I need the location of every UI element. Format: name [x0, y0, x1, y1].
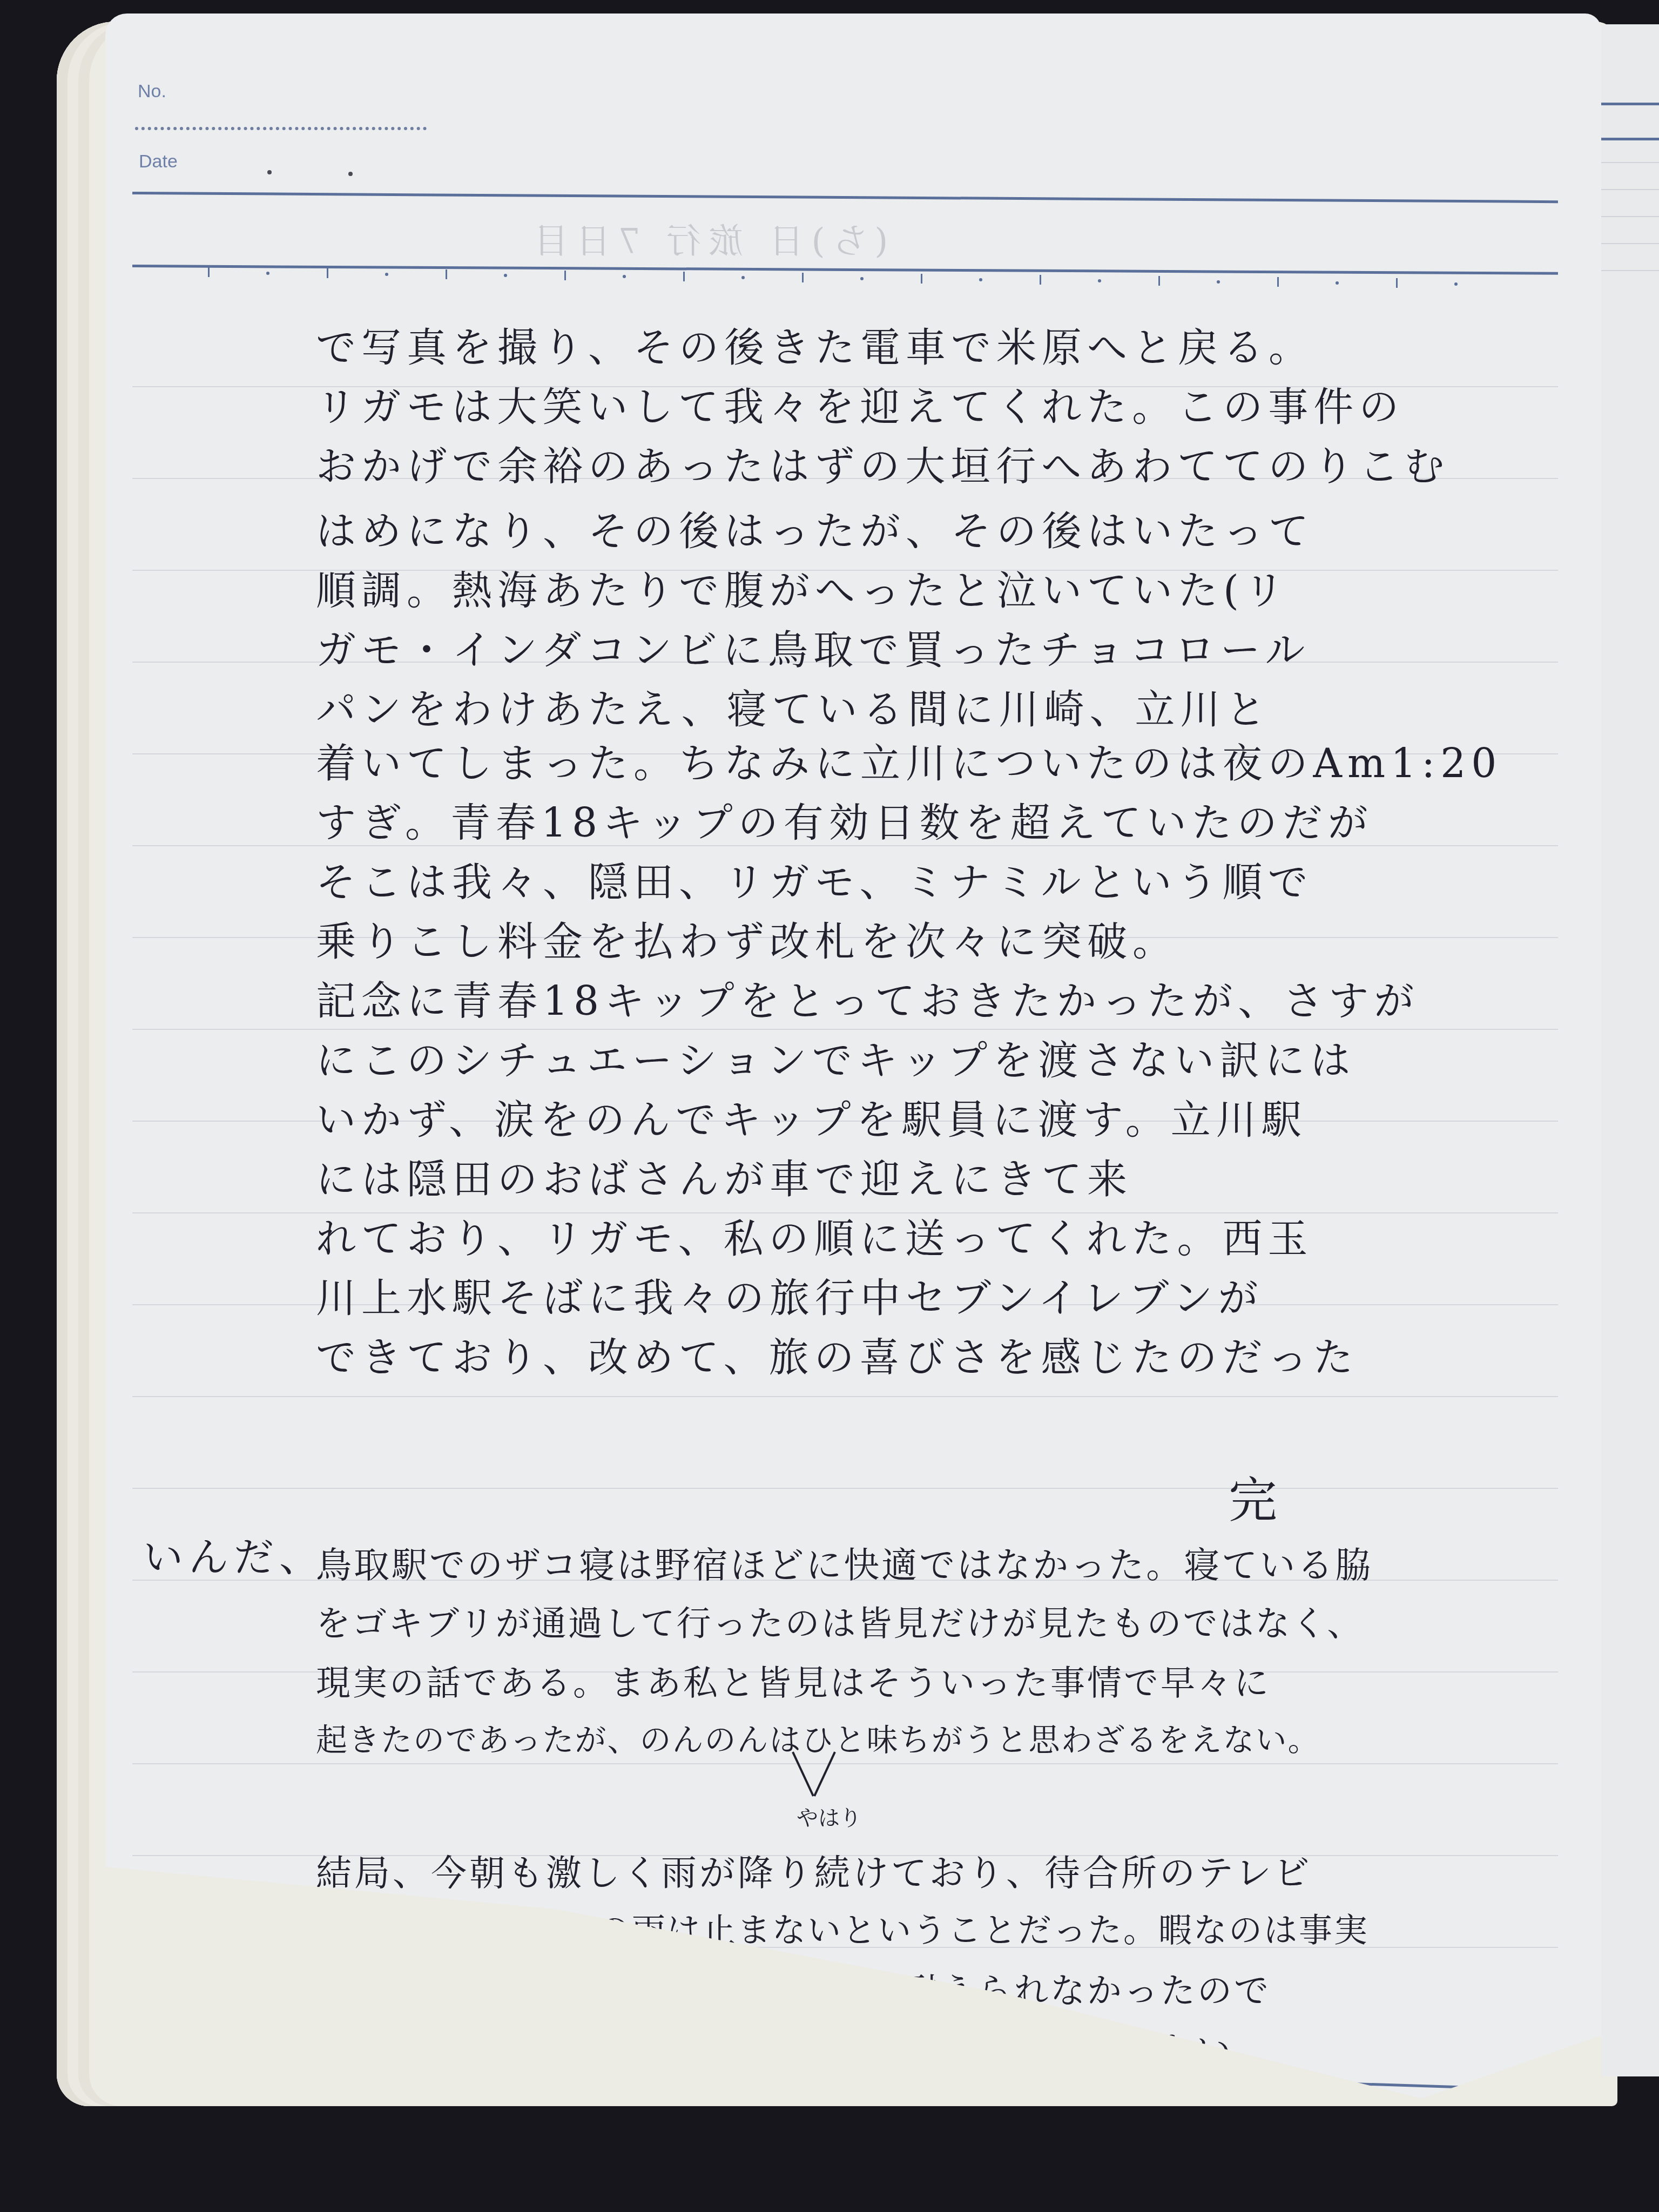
handwritten-line: 鳥取駅でのザコ寝は野宿ほどに快適ではなかった。寝ている脇 — [316, 1536, 1373, 1588]
handwritten-line: 結局、今朝も激しく雨が降り続けており、待合所のテレビ — [316, 1844, 1312, 1896]
notebook-page: No. Date (ち)日 旅行 7日目 で写真を撮り、その後きた電車で米原へと… — [105, 14, 1601, 2120]
handwritten-line: には隠田のおばさんが車で迎えにきて来 — [316, 1148, 1132, 1205]
date-separator-dot — [348, 172, 353, 176]
handwritten-line: リガモは大笑いして我々を迎えてくれた。この事件の — [316, 375, 1404, 433]
handwritten-line: 記念に青春18キップをとっておきたかったが、さすが — [316, 969, 1419, 1027]
handwritten-line: 川上水駅そばに我々の旅行中セブンイレブンが — [316, 1266, 1263, 1324]
handwritten-line: で写真を撮り、その後きた電車で米原へと戻る。 — [316, 316, 1314, 373]
handwritten-line: すぎ。青春18キップの有効日数を超えていたのだが — [316, 791, 1373, 848]
handwritten-line: いかず、涙をのんでキップを駅員に渡す。立川駅 — [316, 1088, 1307, 1145]
title-rule — [132, 265, 1558, 275]
date-label: Date — [139, 151, 178, 172]
handwritten-line: おかげで余裕のあったはずの大垣行へあわててのりこむ — [316, 435, 1449, 492]
show-through-text: (ち)日 旅行 7日目 — [527, 213, 888, 263]
handwritten-line: にこのシチュエーションでキップを渡さない訳には — [316, 1029, 1355, 1086]
handwritten-line: はめになり、その後はったが、その後はいたって — [316, 500, 1314, 557]
no-label: No. — [138, 81, 166, 102]
handwritten-line: をゴキブリが通過して行ったのは皆見だけが見たものではなく、 — [316, 1596, 1363, 1645]
header-divider — [132, 192, 1558, 203]
handwritten-line: パンをわけあたえ、寝ている間に川崎、立川と — [316, 678, 1271, 735]
handwritten-line: そこは我々、隠田、リガモ、ミナミルという順で — [316, 851, 1313, 908]
handwritten-line: できており、改めて、旅の喜びさを感じたのだった — [316, 1326, 1359, 1383]
no-field-dotted-line — [135, 127, 427, 130]
date-separator-dot — [267, 170, 272, 174]
adjacent-page — [1601, 24, 1659, 2076]
handwritten-line: 起きたのであったが、のんのんはひと味ちがうと思わざるをえない。 — [316, 1715, 1320, 1760]
insert-note: やはり — [797, 1801, 861, 1832]
handwritten-line: 乗りこし料金を払わず改札を次々に突破。 — [316, 910, 1178, 967]
handwritten-line: 着いてしまった。ちなみに立川についたのは夜のAm1:20 — [316, 732, 1502, 789]
handwritten-line: 順調。熱海あたりで腹がへったと泣いていた(リ — [316, 559, 1290, 616]
margin-lead-text: いんだ、 — [143, 1526, 325, 1583]
end-mark: 完 — [1229, 1461, 1283, 1531]
handwritten-line: 現実の話である。まあ私と皆見はそういった事情で早々に — [316, 1655, 1271, 1705]
handwritten-line: れており、リガモ、私の順に送ってくれた。西玉 — [316, 1207, 1313, 1264]
handwritten-line: ガモ・インダコンビに鳥取で買ったチョコロール — [316, 618, 1310, 676]
